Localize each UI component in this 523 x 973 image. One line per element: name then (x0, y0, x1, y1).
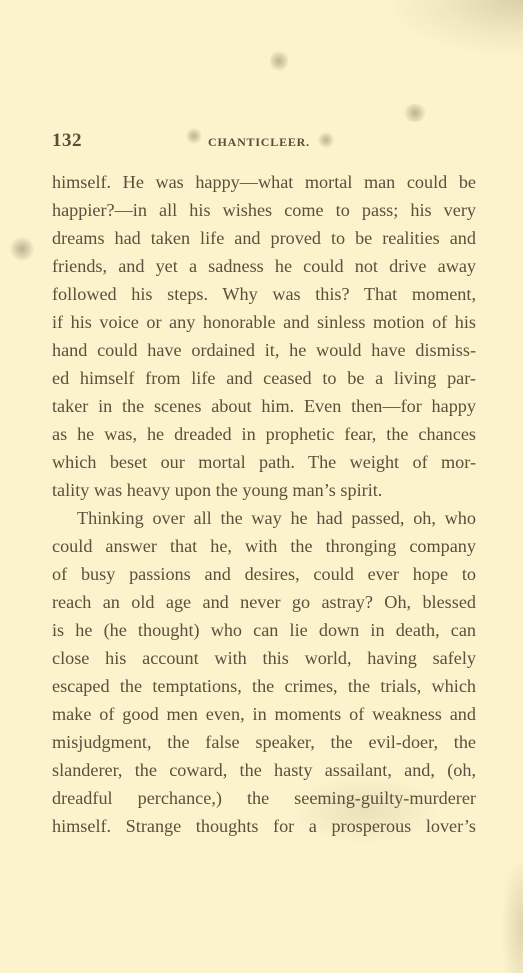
text-line: which beset our mortal path. The weight … (52, 448, 476, 476)
text-line: close his account with this world, havin… (52, 644, 476, 672)
ink-spot (10, 237, 34, 261)
text-line: is he (he thought) who can lie down in d… (52, 616, 476, 644)
paper-stain-top-right (393, 0, 523, 55)
text-line: ed himself from life and ceased to be a … (52, 364, 476, 392)
text-line: as he was, he dreaded in prophetic fear,… (52, 420, 476, 448)
text-line: dreadful perchance,) the seeming-guilty-… (52, 784, 476, 812)
text-line: tality was heavy upon the young man’s sp… (52, 476, 476, 504)
text-line: followed his steps. Why was this? That m… (52, 280, 476, 308)
text-line: reach an old age and never go astray? Oh… (52, 588, 476, 616)
text-line: could answer that he, with the thronging… (52, 532, 476, 560)
text-line: happier?—in all his wishes come to pass;… (52, 196, 476, 224)
text-line: friends, and yet a sadness he could not … (52, 252, 476, 280)
book-page: 132 CHANTICLEER. himself. He was happy—w… (0, 0, 523, 973)
text-line: of busy passions and desires, could ever… (52, 560, 476, 588)
ink-spot (270, 50, 288, 72)
text-line: taker in the scenes about him. Even then… (52, 392, 476, 420)
text-line: himself. He was happy—what mortal man co… (52, 168, 476, 196)
page-number: 132 (52, 130, 82, 152)
body-text: himself. He was happy—what mortal man co… (52, 168, 476, 840)
text-line: escaped the temptations, the crimes, the… (52, 672, 476, 700)
text-line: hand could have ordained it, he would ha… (52, 336, 476, 364)
text-line: misjudgment, the false speaker, the evil… (52, 728, 476, 756)
ink-spot (403, 104, 427, 122)
running-head: CHANTICLEER. (208, 135, 310, 150)
text-line: himself. Strange thoughts for a prospero… (52, 812, 476, 840)
page-header: 132 CHANTICLEER. (52, 130, 476, 154)
text-line: slanderer, the coward, the hasty assaila… (52, 756, 476, 784)
paragraph-1: himself. He was happy—what mortal man co… (52, 168, 476, 504)
text-line: if his voice or any honorable and sinles… (52, 308, 476, 336)
text-line: make of good men even, in moments of wea… (52, 700, 476, 728)
paper-stain-bottom-right (503, 863, 523, 973)
text-line: dreams had taken life and proved to be r… (52, 224, 476, 252)
paragraph-2: Thinking over all the way he had passed,… (52, 504, 476, 840)
text-line: Thinking over all the way he had passed,… (52, 504, 476, 532)
